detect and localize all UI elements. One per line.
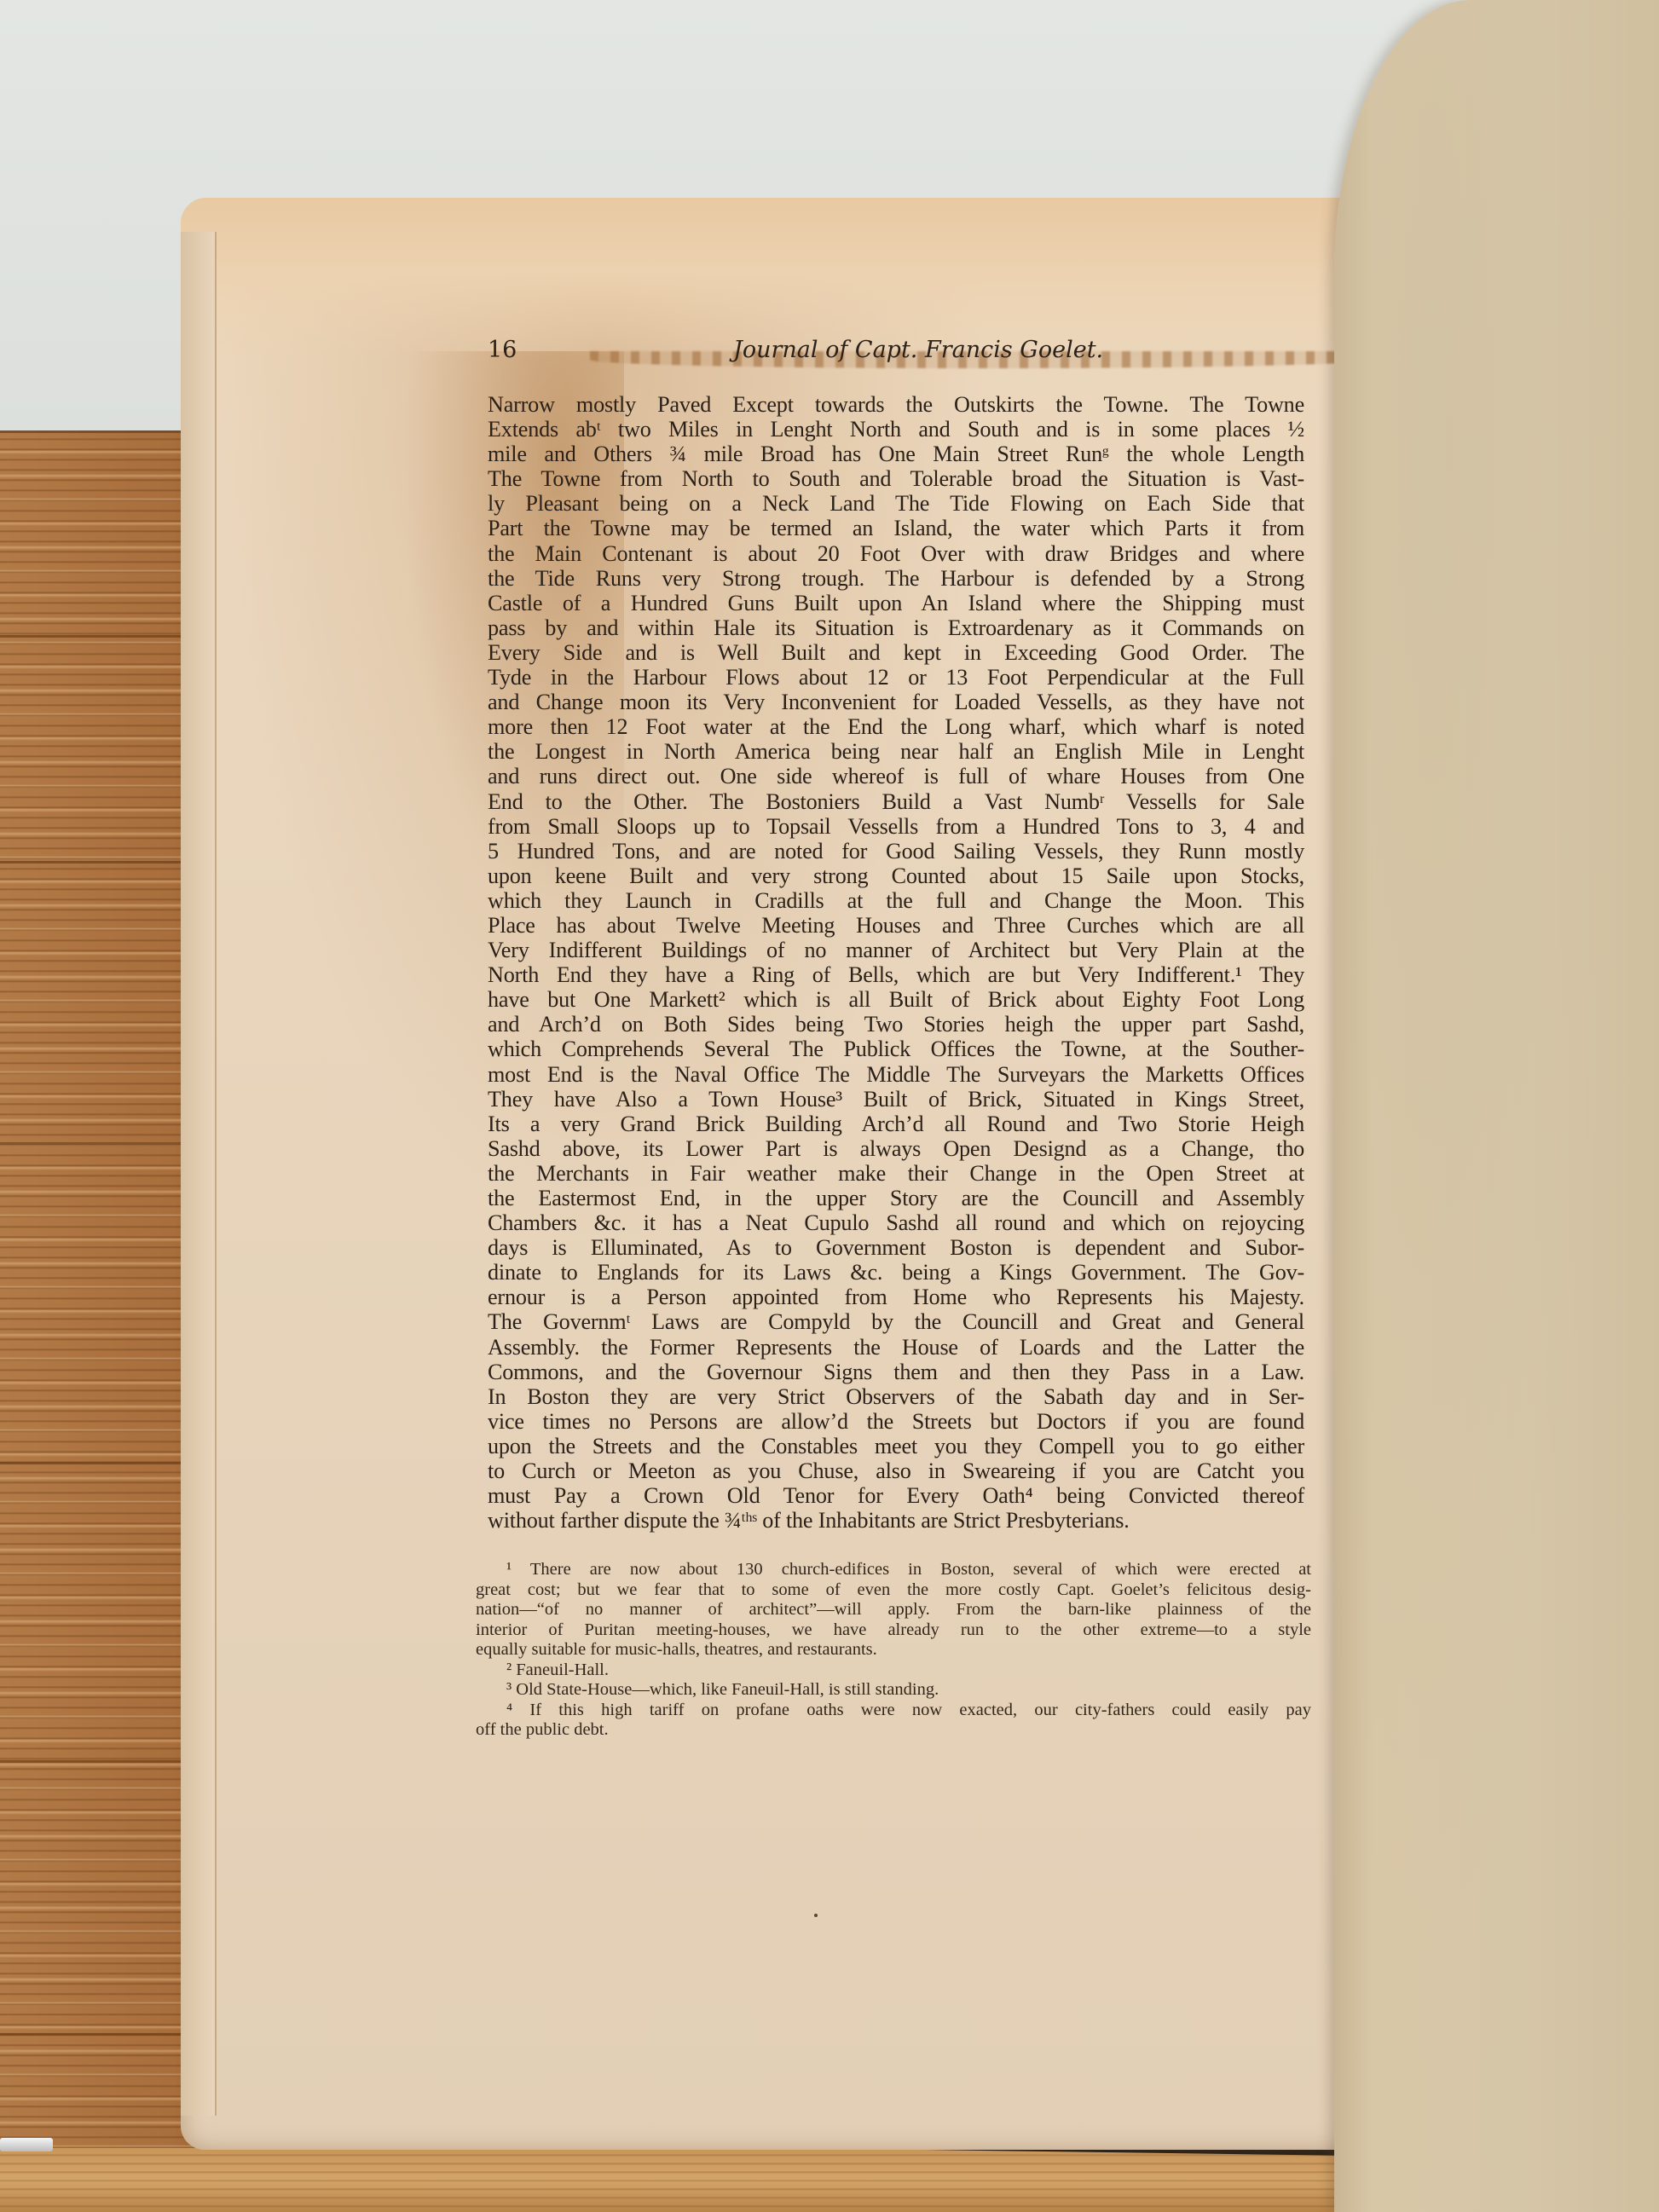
facing-page-curled [1334, 0, 1659, 2212]
body-line: pass by and within Hale its Situation is… [488, 615, 1304, 640]
running-head: 16 Journal of Capt. Francis Goelet. [467, 337, 1311, 371]
body-line: Commons, and the Governour Signs them an… [488, 1360, 1304, 1384]
page-number: 16 [467, 337, 641, 363]
body-line: to Curch or Meeton as you Chuse, also in… [488, 1458, 1304, 1483]
body-line: 5 Hundred Tons, and are noted for Good S… [488, 839, 1304, 863]
body-line: vice times no Persons are allow’d the St… [488, 1409, 1304, 1434]
body-line: Extends abᵗ two Miles in Lenght North an… [488, 417, 1304, 442]
body-line: which they Launch in Cradills at the ful… [488, 888, 1304, 913]
body-line: Chambers &c. it has a Neat Cupulo Sashd … [488, 1210, 1304, 1235]
body-line: which Comprehends Several The Publick Of… [488, 1037, 1304, 1061]
body-line: Very Indifferent Buildings of no manner … [488, 938, 1304, 962]
footnote-line: interior of Puritan meeting-houses, we h… [476, 1620, 1311, 1641]
body-line: and runs direct out. One side whereof is… [488, 764, 1304, 788]
running-head-title: Journal of Capt. Francis Goelet. [641, 337, 1311, 363]
body-line: the Eastermost End, in the upper Story a… [488, 1186, 1304, 1210]
page-left-edge [181, 232, 217, 2116]
footnotes: ¹ There are now about 130 church-edifice… [467, 1560, 1311, 1741]
footnote-line: ² Faneuil-Hall. [476, 1660, 1311, 1681]
footnote-3: ³ Old State-House—which, like Faneuil-Ha… [476, 1680, 1311, 1701]
body-line: more then 12 Foot water at the End the L… [488, 714, 1304, 739]
body-line: days is Elluminated, As to Government Bo… [488, 1235, 1304, 1260]
footnote-line: nation—“of no manner of architect”—will … [476, 1600, 1311, 1620]
footnote-line: ³ Old State-House—which, like Faneuil-Ha… [476, 1680, 1311, 1701]
footnote-4: ⁴ If this high tariff on profane oaths w… [476, 1701, 1311, 1741]
body-line: Sashd above, its Lower Part is always Op… [488, 1136, 1304, 1161]
body-line: the Longest in North America being near … [488, 739, 1304, 764]
body-text: Narrow mostly Paved Except towards the O… [467, 392, 1311, 1533]
body-line: must Pay a Crown Old Tenor for Every Oat… [488, 1483, 1304, 1508]
body-line: Every Side and is Well Built and kept in… [488, 640, 1304, 665]
metal-clip [0, 2138, 53, 2151]
body-line: They have Also a Town House³ Built of Br… [488, 1087, 1304, 1112]
body-line: Place has about Twelve Meeting Houses an… [488, 913, 1304, 938]
body-line: ly Pleasant being on a Neck Land The Tid… [488, 491, 1304, 516]
body-line: Castle of a Hundred Guns Built upon An I… [488, 591, 1304, 615]
footnote-line: ¹ There are now about 130 church-edifice… [476, 1560, 1311, 1580]
body-line: the Main Contenant is about 20 Foot Over… [488, 541, 1304, 566]
ink-speck [814, 1914, 818, 1917]
body-line: mile and Others ¾ mile Broad has One Mai… [488, 442, 1304, 466]
body-line: and Arch’d on Both Sides being Two Stori… [488, 1012, 1304, 1037]
body-line: Tyde in the Harbour Flows about 12 or 13… [488, 665, 1304, 690]
body-line: dinate to Englands for its Laws &c. bein… [488, 1260, 1304, 1285]
body-line: most End is the Naval Office The Middle … [488, 1062, 1304, 1087]
body-line: Narrow mostly Paved Except towards the O… [488, 392, 1304, 417]
body-line: North End they have a Ring of Bells, whi… [488, 962, 1304, 987]
body-line: upon keene Built and very strong Counted… [488, 863, 1304, 888]
body-line: Its a very Grand Brick Building Arch’d a… [488, 1112, 1304, 1136]
body-line: Assembly. the Former Represents the Hous… [488, 1335, 1304, 1360]
footnote-2: ² Faneuil-Hall. [476, 1660, 1311, 1681]
body-line: The Towne from North to South and Tolera… [488, 466, 1304, 491]
body-line: ernour is a Person appointed from Home w… [488, 1285, 1304, 1309]
footnote-1: ¹ There are now about 130 church-edifice… [476, 1560, 1311, 1660]
body-line: without farther dispute the ¾ᵗʰˢ of the … [488, 1508, 1304, 1533]
body-line: from Small Sloops up to Topsail Vessells… [488, 814, 1304, 839]
body-line: the Tide Runs very Strong trough. The Ha… [488, 566, 1304, 591]
body-line: In Boston they are very Strict Observers… [488, 1384, 1304, 1409]
footnote-line: off the public debt. [476, 1720, 1311, 1741]
footnote-line: equally suitable for music-halls, theatr… [476, 1640, 1311, 1660]
body-line: the Merchants in Fair weather make their… [488, 1161, 1304, 1186]
footnote-line: great cost; but we fear that to some of … [476, 1580, 1311, 1601]
page-text-block: 16 Journal of Capt. Francis Goelet. Narr… [467, 337, 1311, 1741]
body-line: have but One Markett² which is all Built… [488, 987, 1304, 1012]
body-line: End to the Other. The Bostoniers Build a… [488, 789, 1304, 814]
torn-top-edge [181, 198, 1379, 360]
body-line: upon the Streets and the Constables meet… [488, 1434, 1304, 1458]
body-line: and Change moon its Very Inconvenient fo… [488, 690, 1304, 714]
body-line: Part the Towne may be termed an Island, … [488, 516, 1304, 540]
footnote-line: ⁴ If this high tariff on profane oaths w… [476, 1701, 1311, 1721]
body-line: The Governmᵗ Laws are Compyld by the Cou… [488, 1309, 1304, 1334]
